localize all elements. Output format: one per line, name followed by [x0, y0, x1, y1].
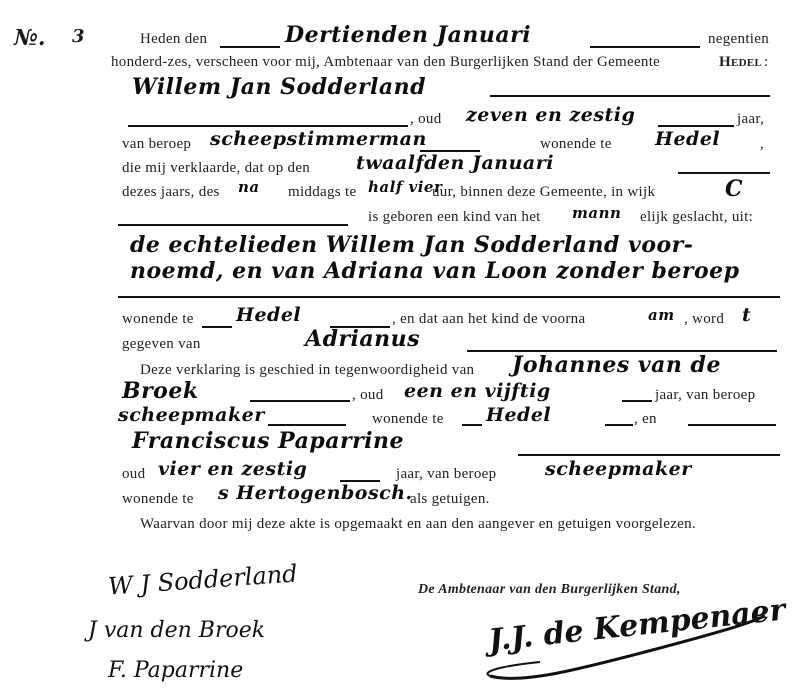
text-deze-verklaring: Deze verklaring is geschied in tegenwoor…	[140, 362, 474, 379]
handwritten-declarant: Willem Jan Sodderland	[132, 74, 426, 100]
text-oud: oud	[122, 466, 145, 483]
handwritten-voor-na: na	[238, 178, 260, 196]
text-geslacht: elijk geslacht, uit:	[640, 209, 753, 226]
text-voornaam: , en dat aan het kind de voorna	[392, 311, 585, 328]
handwritten-witness2: Franciscus Paparrine	[132, 428, 404, 454]
handwritten-date: Dertienden Januari	[285, 22, 531, 48]
colon: :	[764, 54, 768, 71]
handwritten-am: am	[648, 306, 675, 324]
handwritten-age: zeven en zestig	[466, 104, 635, 126]
comma: ,	[760, 136, 764, 153]
handwritten-witness1-b: Broek	[122, 378, 199, 404]
handwritten-witness1-occupation: scheepmaker	[118, 404, 265, 426]
handwritten-gender: mann	[572, 204, 621, 222]
fill-line	[590, 46, 700, 48]
text-dezes-jaars: dezes jaars, des	[122, 184, 220, 201]
handwritten-child-name: Adrianus	[305, 326, 420, 352]
text-jaar: jaar,	[737, 111, 764, 128]
municipality: Hedel	[719, 54, 762, 71]
handwritten-witness1-a: Johannes van de	[512, 352, 721, 378]
handwritten-ward: C	[725, 176, 743, 202]
text-als-getuigen: als getuigen.	[410, 491, 490, 508]
fill-line	[118, 296, 780, 298]
text-middags-te: middags te	[288, 184, 356, 201]
official-title: De Ambtenaar van den Burgerlijken Stand,	[418, 582, 681, 598]
handwritten-birth-date: twaalfden Januari	[356, 152, 554, 174]
fill-line	[678, 172, 770, 174]
fill-line	[605, 424, 633, 426]
text-jaar-beroep: jaar, van beroep	[396, 466, 496, 483]
handwritten-witness1-residence: Hedel	[486, 404, 551, 426]
fill-line	[118, 224, 348, 226]
text-gegeven-van: gegeven van	[122, 336, 201, 353]
handwritten-witness2-occupation: scheepmaker	[545, 458, 692, 480]
text-heden-den: Heden den	[140, 31, 207, 48]
fill-line	[518, 454, 780, 456]
signature-declarant: W J Sodderland	[107, 559, 298, 600]
handwritten-occupation: scheepstimmerman	[210, 128, 427, 150]
text-intro: honderd-zes, verscheen voor mij, Ambtena…	[111, 54, 660, 71]
handwritten-residence-parents: Hedel	[236, 304, 301, 326]
record-number-value: 3	[72, 26, 85, 47]
text-negentien: negentien	[708, 31, 769, 48]
fill-line	[688, 424, 776, 426]
signature-witness1: J van den Broek	[88, 618, 265, 643]
text-oud: , oud	[410, 111, 442, 128]
signature-flourish	[480, 610, 780, 690]
fill-line	[658, 125, 734, 127]
text-waarvan: Waarvan door mij deze akte is opgemaakt …	[140, 516, 696, 533]
text-oud: , oud	[352, 387, 384, 404]
text-wonende-te: wonende te	[540, 136, 612, 153]
text-uur-wijk: uur, binnen deze Gemeente, in wijk	[432, 184, 655, 201]
text-wonende-te: wonende te	[122, 491, 194, 508]
signature-witness2: F. Paparrine	[108, 658, 243, 683]
handwritten-witness2-residence: s Hertogenbosch.	[218, 482, 413, 504]
fill-line	[268, 424, 346, 426]
handwritten-residence: Hedel	[655, 128, 720, 150]
fill-line	[202, 326, 232, 328]
text-verklaarde: die mij verklaarde, dat op den	[122, 160, 310, 177]
fill-line	[490, 95, 770, 97]
text-word: , word	[684, 311, 724, 328]
text-wonende-te: wonende te	[122, 311, 194, 328]
handwritten-witness2-age: vier en zestig	[158, 458, 307, 480]
fill-line	[462, 424, 482, 426]
handwritten-parents-line2: noemd, en van Adriana van Loon zonder be…	[130, 258, 740, 284]
fill-line	[622, 400, 652, 402]
handwritten-t: t	[742, 304, 751, 326]
record-number-label: №.	[14, 25, 46, 51]
text-van-beroep: van beroep	[122, 136, 191, 153]
text-jaar-beroep: jaar, van beroep	[655, 387, 755, 404]
fill-line	[220, 46, 280, 48]
handwritten-parents-line1: de echtelieden Willem Jan Sodderland voo…	[130, 232, 693, 258]
text-wonende-te: wonende te	[372, 411, 444, 428]
text-en: , en	[634, 411, 657, 428]
text-geboren: is geboren een kind van het	[368, 209, 541, 226]
fill-line	[250, 400, 350, 402]
handwritten-witness1-age: een en vijftig	[404, 380, 551, 402]
fill-line	[128, 125, 408, 127]
